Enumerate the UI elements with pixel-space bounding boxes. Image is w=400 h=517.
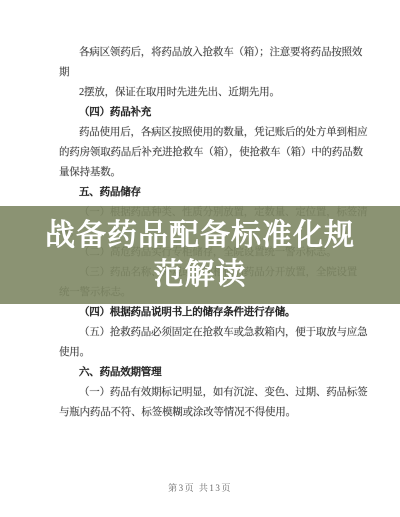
doc-line: 药品使用后，各病区按照使用的数量，凭记账后的处方单到相应 (59, 123, 351, 143)
page-number: 第3页 共13页 (168, 483, 232, 493)
doc-line: 与瓶内药品不符、标签模糊或涂改等情况不得使用。 (59, 403, 351, 423)
doc-line: 期 (59, 63, 351, 83)
doc-line: 的药房领取药品后补充进抢救车（箱），使抢救车（箱）中的药品数 (59, 143, 351, 163)
doc-line: 五、药品储存 (59, 183, 351, 203)
doc-line: （一）药品有效期标记明显，如有沉淀、变色、过期、药品标签 (59, 383, 351, 403)
doc-line: 2摆放，保证在取用时先进先出、近期先用。 (59, 83, 351, 103)
banner-title: 战备药品配备标准化规 范解读 (45, 216, 355, 294)
doc-line: （四）药品补充 (59, 103, 351, 123)
doc-line: （五）抢救药品必须固定在抢救车或急救箱内，便于取放与应急 (59, 323, 351, 343)
title-overlay-banner: 战备药品配备标准化规 范解读 (0, 206, 400, 304)
doc-line: （四）根据药品说明书上的储存条件进行存储。 (59, 303, 351, 323)
banner-title-line2: 范解读 (45, 255, 355, 294)
doc-line: 量保持基数。 (59, 163, 351, 183)
doc-line: 使用。 (59, 343, 351, 363)
doc-line: 各病区领药后，将药品放入抢救车（箱）；注意要将药品按照效 (59, 43, 351, 63)
banner-title-line1: 战备药品配备标准化规 (45, 216, 355, 255)
document-page: 各病区领药后，将药品放入抢救车（箱）；注意要将药品按照效期2摆放，保证在取用时先… (0, 0, 400, 517)
doc-line: 六、药品效期管理 (59, 363, 351, 383)
page-footer: 第3页 共13页 (0, 481, 400, 494)
